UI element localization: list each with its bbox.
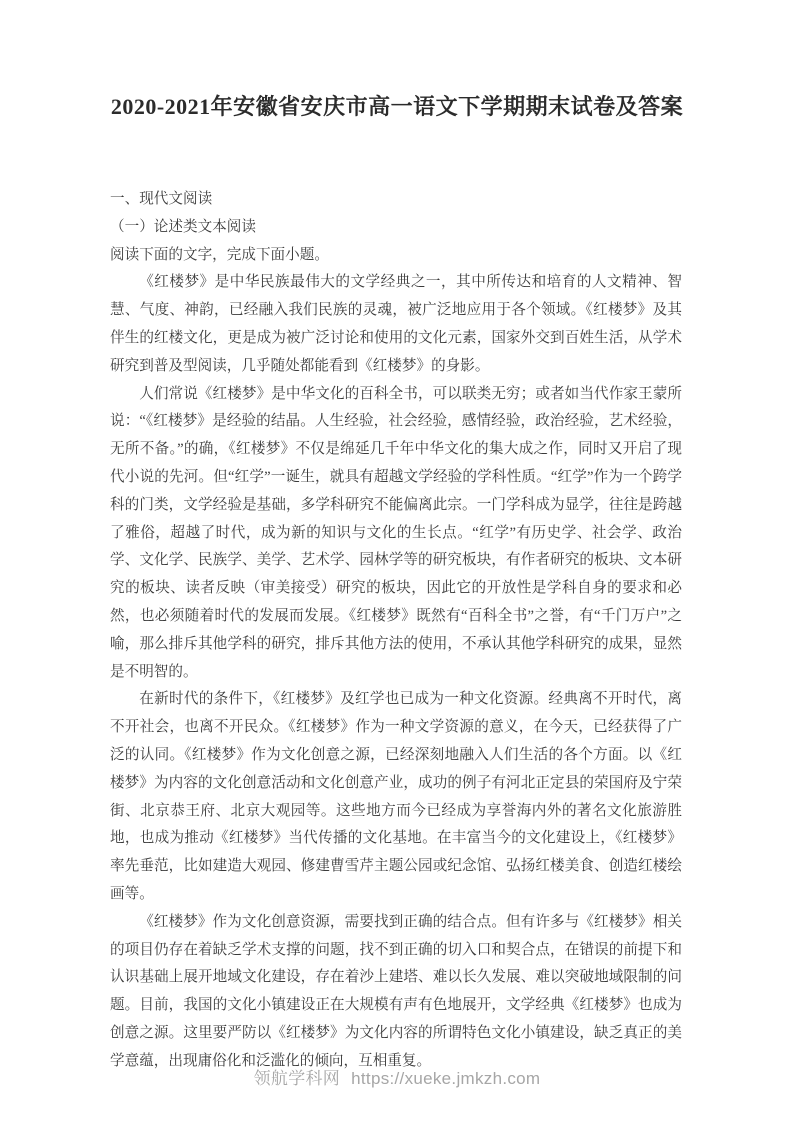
passage-paragraph-4: 《红楼梦》作为文化创意资源，需要找到正确的结合点。但有许多与《红楼梦》相关的项目… — [110, 909, 682, 1076]
document-body: 一、现代文阅读 （一）论述类文本阅读 阅读下面的文字，完成下面小题。 《红楼梦》… — [110, 186, 682, 1076]
document-page: 2020-2021年安徽省安庆市高一语文下学期期末试卷及答案 一、现代文阅读 （… — [0, 0, 794, 1122]
passage-paragraph-2: 人们常说《红楼梦》是中华文化的百科全书，可以联类无穷；或者如当代作家王蒙所说：“… — [110, 381, 682, 687]
instruction-text: 阅读下面的文字，完成下面小题。 — [110, 242, 682, 270]
passage-paragraph-1: 《红楼梦》是中华民族最伟大的文学经典之一，其中所传达和培育的人文精神、智慧、气度… — [110, 269, 682, 380]
footer-watermark: 领航学科网 https://xueke.jmkzh.com — [0, 1064, 794, 1089]
subsection-heading: （一）论述类文本阅读 — [110, 214, 682, 242]
page-title: 2020-2021年安徽省安庆市高一语文下学期期末试卷及答案 — [40, 90, 754, 121]
footer-url: https://xueke.jmkzh.com — [351, 1069, 540, 1088]
passage-paragraph-3: 在新时代的条件下，《红楼梦》及红学也已成为一种文化资源。经典离不开时代，离不开社… — [110, 686, 682, 908]
section-heading: 一、现代文阅读 — [110, 186, 682, 214]
footer-site-name: 领航学科网 — [254, 1069, 341, 1088]
